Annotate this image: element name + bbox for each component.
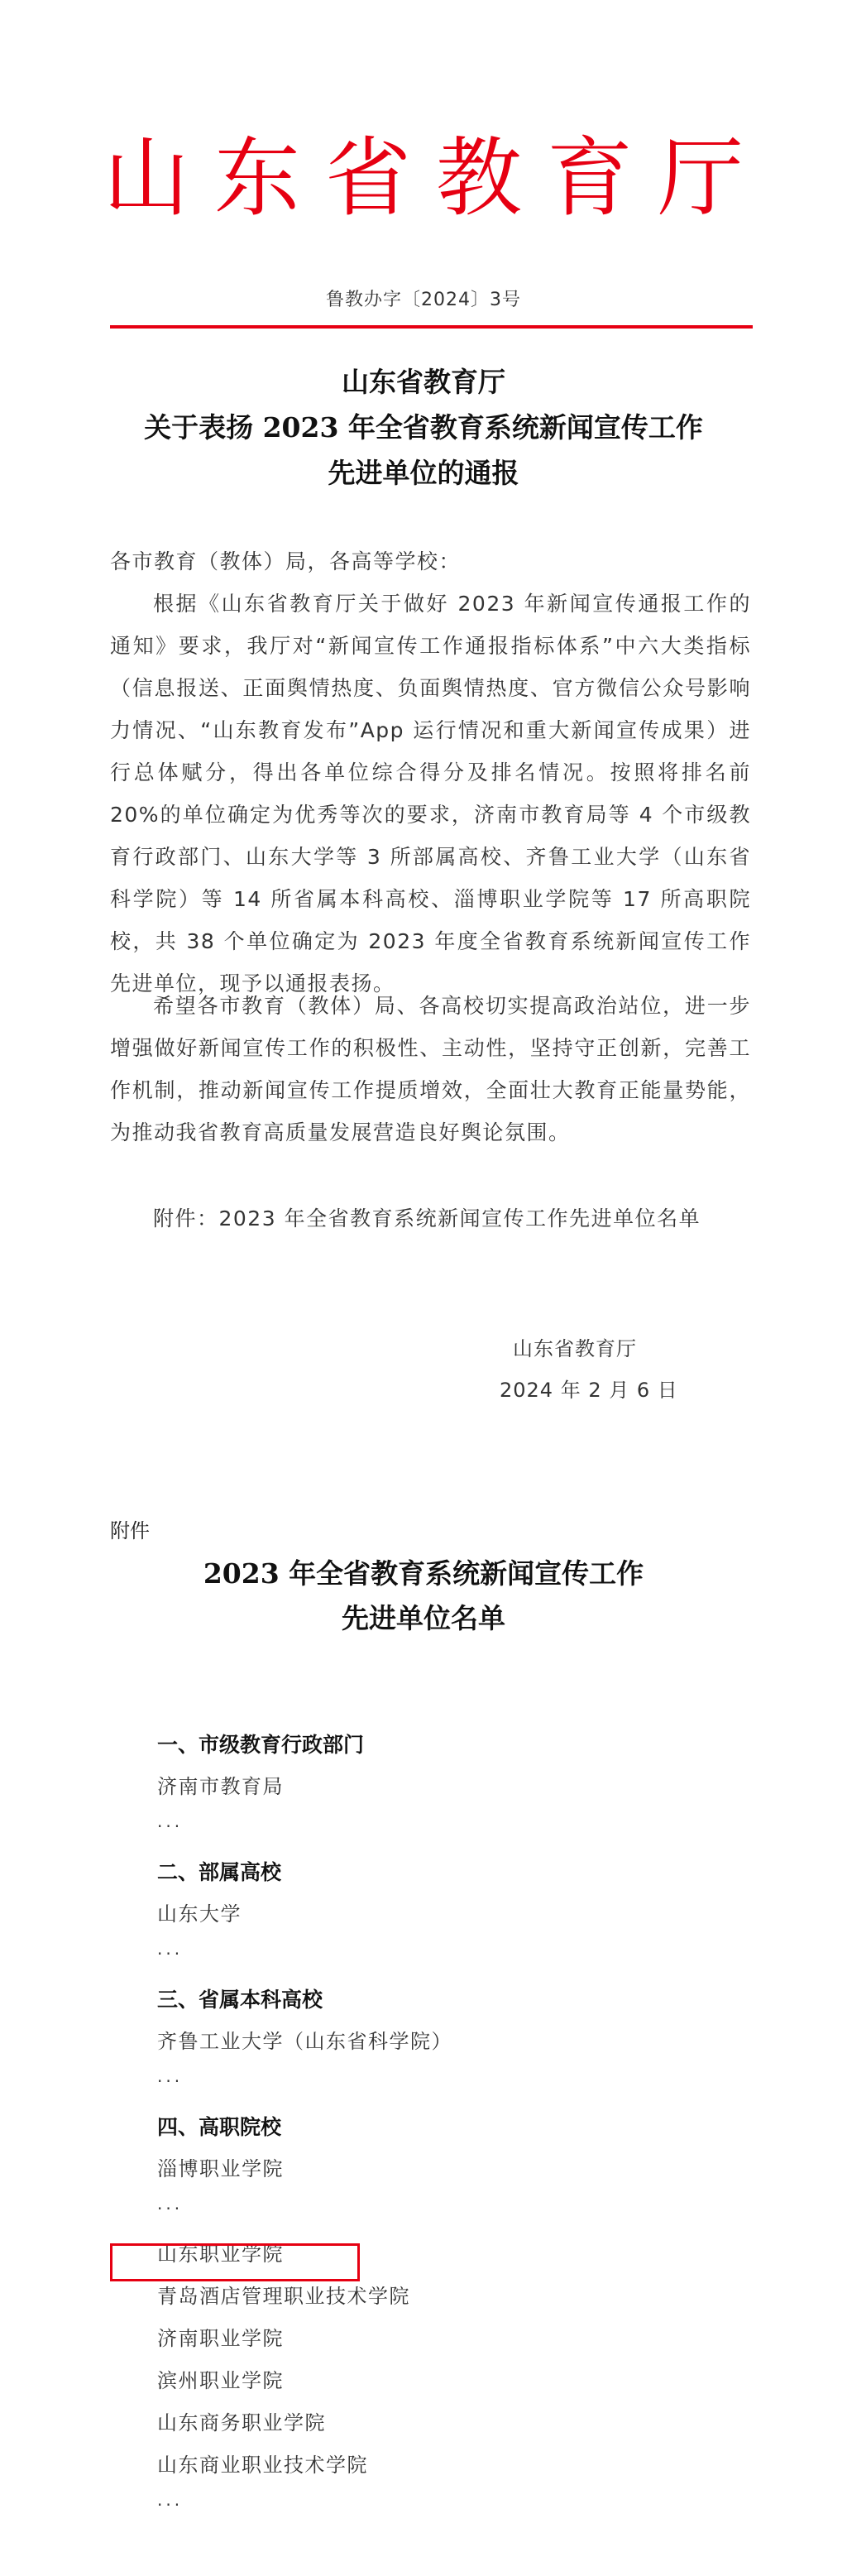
category-heading: 三、省属本科高校 <box>157 1979 736 2021</box>
list-item: 山东商业职业技术学院 <box>157 2444 736 2487</box>
attachment-label: 附件 <box>110 1514 150 1543</box>
list-item: 山东商务职业学院 <box>157 2402 736 2444</box>
list-item: 青岛酒店管理职业技术学院 <box>157 2276 736 2318</box>
highlight-box <box>110 2243 360 2281</box>
list-item: 齐鲁工业大学（山东省科学院） <box>157 2021 736 2063</box>
list-item: 济南市教育局 <box>157 1766 736 1808</box>
list-item: 山东大学 <box>157 1893 736 1936</box>
body-paragraph-2: 希望各市教育（教体）局、各高校切实提高政治站位，进一步增强做好新闻宣传工作的积极… <box>110 985 751 1154</box>
list-ellipsis: ··· <box>157 1808 736 1851</box>
notice-heading-line-2: 关于表扬 2023 年全省教育系统新闻宣传工作 <box>0 407 847 449</box>
signature-issuer: 山东省教育厅 <box>513 1332 637 1361</box>
list-ellipsis: ··· <box>157 2063 736 2106</box>
document-number: 鲁教办字〔2024〕3号 <box>0 285 847 311</box>
advanced-units-list: 一、市级教育行政部门 济南市教育局 ··· 二、部属高校 山东大学 ··· 三、… <box>157 1724 736 2530</box>
attachment-reference: 附件：2023 年全省教育系统新闻宣传工作先进单位名单 <box>110 1197 751 1240</box>
letterhead-title: 山东省教育厅 <box>0 124 847 232</box>
list-item: 济南职业学院 <box>157 2318 736 2360</box>
list-item: 滨州职业学院 <box>157 2360 736 2402</box>
salutation: 各市教育（教体）局，各高等学校： <box>110 540 751 583</box>
category-heading: 四、高职院校 <box>157 2106 736 2148</box>
notice-heading-line-3: 先进单位的通报 <box>0 453 847 494</box>
letterhead-divider <box>110 325 753 329</box>
list-ellipsis: ··· <box>157 2487 736 2530</box>
list-ellipsis: ··· <box>157 2190 736 2233</box>
attachment-title-line-1: 2023 年全省教育系统新闻宣传工作 <box>0 1552 847 1595</box>
notice-heading-line-1: 山东省教育厅 <box>0 362 847 403</box>
attachment-title-line-2: 先进单位名单 <box>0 1597 847 1640</box>
category-heading: 一、市级教育行政部门 <box>157 1724 736 1766</box>
list-ellipsis: ··· <box>157 1936 736 1979</box>
category-heading: 二、部属高校 <box>157 1851 736 1893</box>
list-item: 淄博职业学院 <box>157 2148 736 2190</box>
body-paragraph-1: 根据《山东省教育厅关于做好 2023 年新闻宣传通报工作的通知》要求，我厅对“新… <box>110 583 751 1005</box>
signature-date: 2024 年 2 月 6 日 <box>500 1374 678 1403</box>
